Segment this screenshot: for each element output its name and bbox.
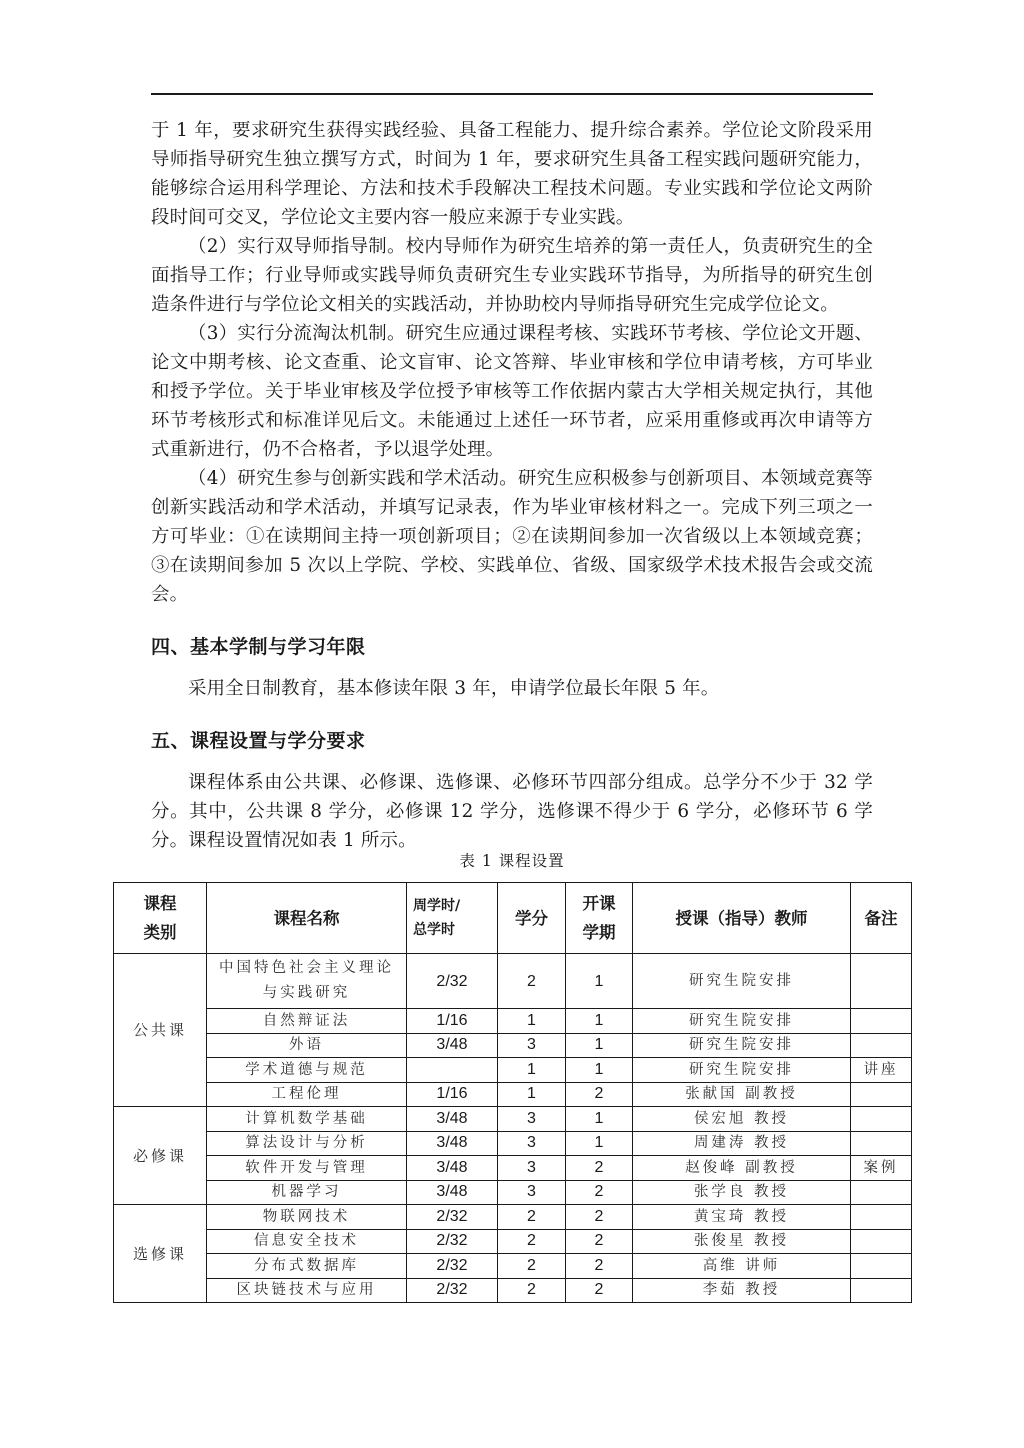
course-hours: 2/32 <box>407 1205 498 1230</box>
course-note: 讲座 <box>851 1058 912 1083</box>
course-term: 1 <box>566 1131 633 1156</box>
course-term: 2 <box>566 1229 633 1254</box>
paragraph-curriculum: 课程体系由公共课、必修课、选修课、必修环节四部分组成。总学分不少于 32 学分。… <box>151 768 873 855</box>
table-row: 公共课 中国特色社会主义理论与实践研究 2/32 2 1 研究生院安排 <box>114 954 912 1009</box>
course-hours: 1/16 <box>407 1009 498 1034</box>
course-teacher: 研究生院安排 <box>633 954 851 1009</box>
category-cell: 公共课 <box>114 954 207 1107</box>
table-row: 选修课 物联网技术 2/32 2 2 黄宝琦 教授 <box>114 1205 912 1230</box>
course-term: 1 <box>566 1009 633 1034</box>
course-hours: 2/32 <box>407 954 498 1009</box>
course-hours: 1/16 <box>407 1082 498 1107</box>
category-cell: 选修课 <box>114 1205 207 1303</box>
course-term: 2 <box>566 1278 633 1303</box>
course-name: 中国特色社会主义理论与实践研究 <box>207 954 407 1009</box>
table-row: 分布式数据库 2/32 2 2 高维 讲师 <box>114 1254 912 1279</box>
header-course-name: 课程名称 <box>207 883 407 954</box>
course-hours: 3/48 <box>407 1156 498 1181</box>
course-name: 工程伦理 <box>207 1082 407 1107</box>
table-header-row: 课程类别 课程名称 周学时/总学时 学分 开课学期 授课（指导）教师 备注 <box>114 883 912 954</box>
course-name: 自然辩证法 <box>207 1009 407 1034</box>
course-term: 2 <box>566 1156 633 1181</box>
course-credits: 1 <box>498 1058 566 1083</box>
course-credits: 3 <box>498 1107 566 1132</box>
paragraph-dual-supervisor: （2）实行双导师指导制。校内导师作为研究生培养的第一责任人，负责研究生的全面指导… <box>151 232 873 319</box>
section-heading-duration: 四、基本学制与学习年限 <box>151 633 873 662</box>
course-term: 1 <box>566 1058 633 1083</box>
course-note <box>851 954 912 1009</box>
course-credits: 3 <box>498 1033 566 1058</box>
course-hours: 3/48 <box>407 1033 498 1058</box>
header-note: 备注 <box>851 883 912 954</box>
table-row: 外语 3/48 3 1 研究生院安排 <box>114 1033 912 1058</box>
course-teacher: 侯宏旭 教授 <box>633 1107 851 1132</box>
table-row: 自然辩证法 1/16 1 1 研究生院安排 <box>114 1009 912 1034</box>
course-teacher: 黄宝琦 教授 <box>633 1205 851 1230</box>
course-teacher: 高维 讲师 <box>633 1254 851 1279</box>
course-credits: 1 <box>498 1082 566 1107</box>
table-row: 区块链技术与应用 2/32 2 2 李茹 教授 <box>114 1278 912 1303</box>
course-name: 算法设计与分析 <box>207 1131 407 1156</box>
course-name: 学术道德与规范 <box>207 1058 407 1083</box>
course-term: 2 <box>566 1180 633 1205</box>
course-credits: 2 <box>498 1205 566 1230</box>
table-row: 工程伦理 1/16 1 2 张献国 副教授 <box>114 1082 912 1107</box>
course-note <box>851 1229 912 1254</box>
course-name: 计算机数学基础 <box>207 1107 407 1132</box>
course-note <box>851 1082 912 1107</box>
course-name: 机器学习 <box>207 1180 407 1205</box>
course-term: 2 <box>566 1082 633 1107</box>
course-teacher: 研究生院安排 <box>633 1058 851 1083</box>
course-note <box>851 1107 912 1132</box>
header-category: 课程类别 <box>114 883 207 954</box>
course-note <box>851 1278 912 1303</box>
paragraph-innovation-activities: （4）研究生参与创新实践和学术活动。研究生应积极参与创新项目、本领域竞赛等创新实… <box>151 464 873 609</box>
course-hours: 3/48 <box>407 1180 498 1205</box>
course-teacher: 张学良 教授 <box>633 1180 851 1205</box>
course-credits: 1 <box>498 1009 566 1034</box>
table-caption: 表 1 课程设置 <box>0 850 1024 872</box>
paragraph-elimination-mechanism: （3）实行分流淘汰机制。研究生应通过课程考核、实践环节考核、学位论文开题、论文中… <box>151 319 873 464</box>
course-teacher: 李茹 教授 <box>633 1278 851 1303</box>
course-name: 物联网技术 <box>207 1205 407 1230</box>
course-hours: 3/48 <box>407 1131 498 1156</box>
course-note <box>851 1033 912 1058</box>
course-name: 软件开发与管理 <box>207 1156 407 1181</box>
course-note <box>851 1131 912 1156</box>
course-term: 1 <box>566 1107 633 1132</box>
category-cell: 必修课 <box>114 1107 207 1205</box>
course-teacher: 周建涛 教授 <box>633 1131 851 1156</box>
course-hours: 2/32 <box>407 1229 498 1254</box>
course-name: 区块链技术与应用 <box>207 1278 407 1303</box>
header-rule <box>151 93 873 95</box>
course-credits: 2 <box>498 1278 566 1303</box>
course-name: 外语 <box>207 1033 407 1058</box>
course-note <box>851 1205 912 1230</box>
course-term: 2 <box>566 1254 633 1279</box>
table-row: 机器学习 3/48 3 2 张学良 教授 <box>114 1180 912 1205</box>
table-row: 必修课 计算机数学基础 3/48 3 1 侯宏旭 教授 <box>114 1107 912 1132</box>
course-name: 分布式数据库 <box>207 1254 407 1279</box>
course-note <box>851 1254 912 1279</box>
table-row: 信息安全技术 2/32 2 2 张俊星 教授 <box>114 1229 912 1254</box>
course-teacher: 赵俊峰 副教授 <box>633 1156 851 1181</box>
table-row: 软件开发与管理 3/48 3 2 赵俊峰 副教授 案例 <box>114 1156 912 1181</box>
course-credits: 3 <box>498 1180 566 1205</box>
course-table: 课程类别 课程名称 周学时/总学时 学分 开课学期 授课（指导）教师 备注 公共… <box>113 882 912 1303</box>
course-note <box>851 1009 912 1034</box>
course-teacher: 张献国 副教授 <box>633 1082 851 1107</box>
course-note: 案例 <box>851 1156 912 1181</box>
course-credits: 3 <box>498 1156 566 1181</box>
course-term: 1 <box>566 954 633 1009</box>
course-credits: 2 <box>498 1229 566 1254</box>
course-name: 信息安全技术 <box>207 1229 407 1254</box>
table-row: 算法设计与分析 3/48 3 1 周建涛 教授 <box>114 1131 912 1156</box>
header-term: 开课学期 <box>566 883 633 954</box>
course-credits: 2 <box>498 954 566 1009</box>
course-hours: 3/48 <box>407 1107 498 1132</box>
header-teacher: 授课（指导）教师 <box>633 883 851 954</box>
course-hours: 2/32 <box>407 1254 498 1279</box>
header-hours: 周学时/总学时 <box>407 883 498 954</box>
course-credits: 3 <box>498 1131 566 1156</box>
course-note <box>851 1180 912 1205</box>
paragraph-practice-continued: 于 1 年，要求研究生获得实践经验、具备工程能力、提升综合素养。学位论文阶段采用… <box>151 116 873 232</box>
header-credits: 学分 <box>498 883 566 954</box>
paragraph-duration: 采用全日制教育，基本修读年限 3 年，申请学位最长年限 5 年。 <box>151 674 873 703</box>
table-row: 学术道德与规范 1 1 研究生院安排 讲座 <box>114 1058 912 1083</box>
course-teacher: 研究生院安排 <box>633 1033 851 1058</box>
document-body: 于 1 年，要求研究生获得实践经验、具备工程能力、提升综合素养。学位论文阶段采用… <box>151 116 873 855</box>
course-hours <box>407 1058 498 1083</box>
section-heading-curriculum: 五、课程设置与学分要求 <box>151 727 873 756</box>
course-teacher: 张俊星 教授 <box>633 1229 851 1254</box>
course-term: 1 <box>566 1033 633 1058</box>
course-credits: 2 <box>498 1254 566 1279</box>
course-teacher: 研究生院安排 <box>633 1009 851 1034</box>
course-hours: 2/32 <box>407 1278 498 1303</box>
course-term: 2 <box>566 1205 633 1230</box>
